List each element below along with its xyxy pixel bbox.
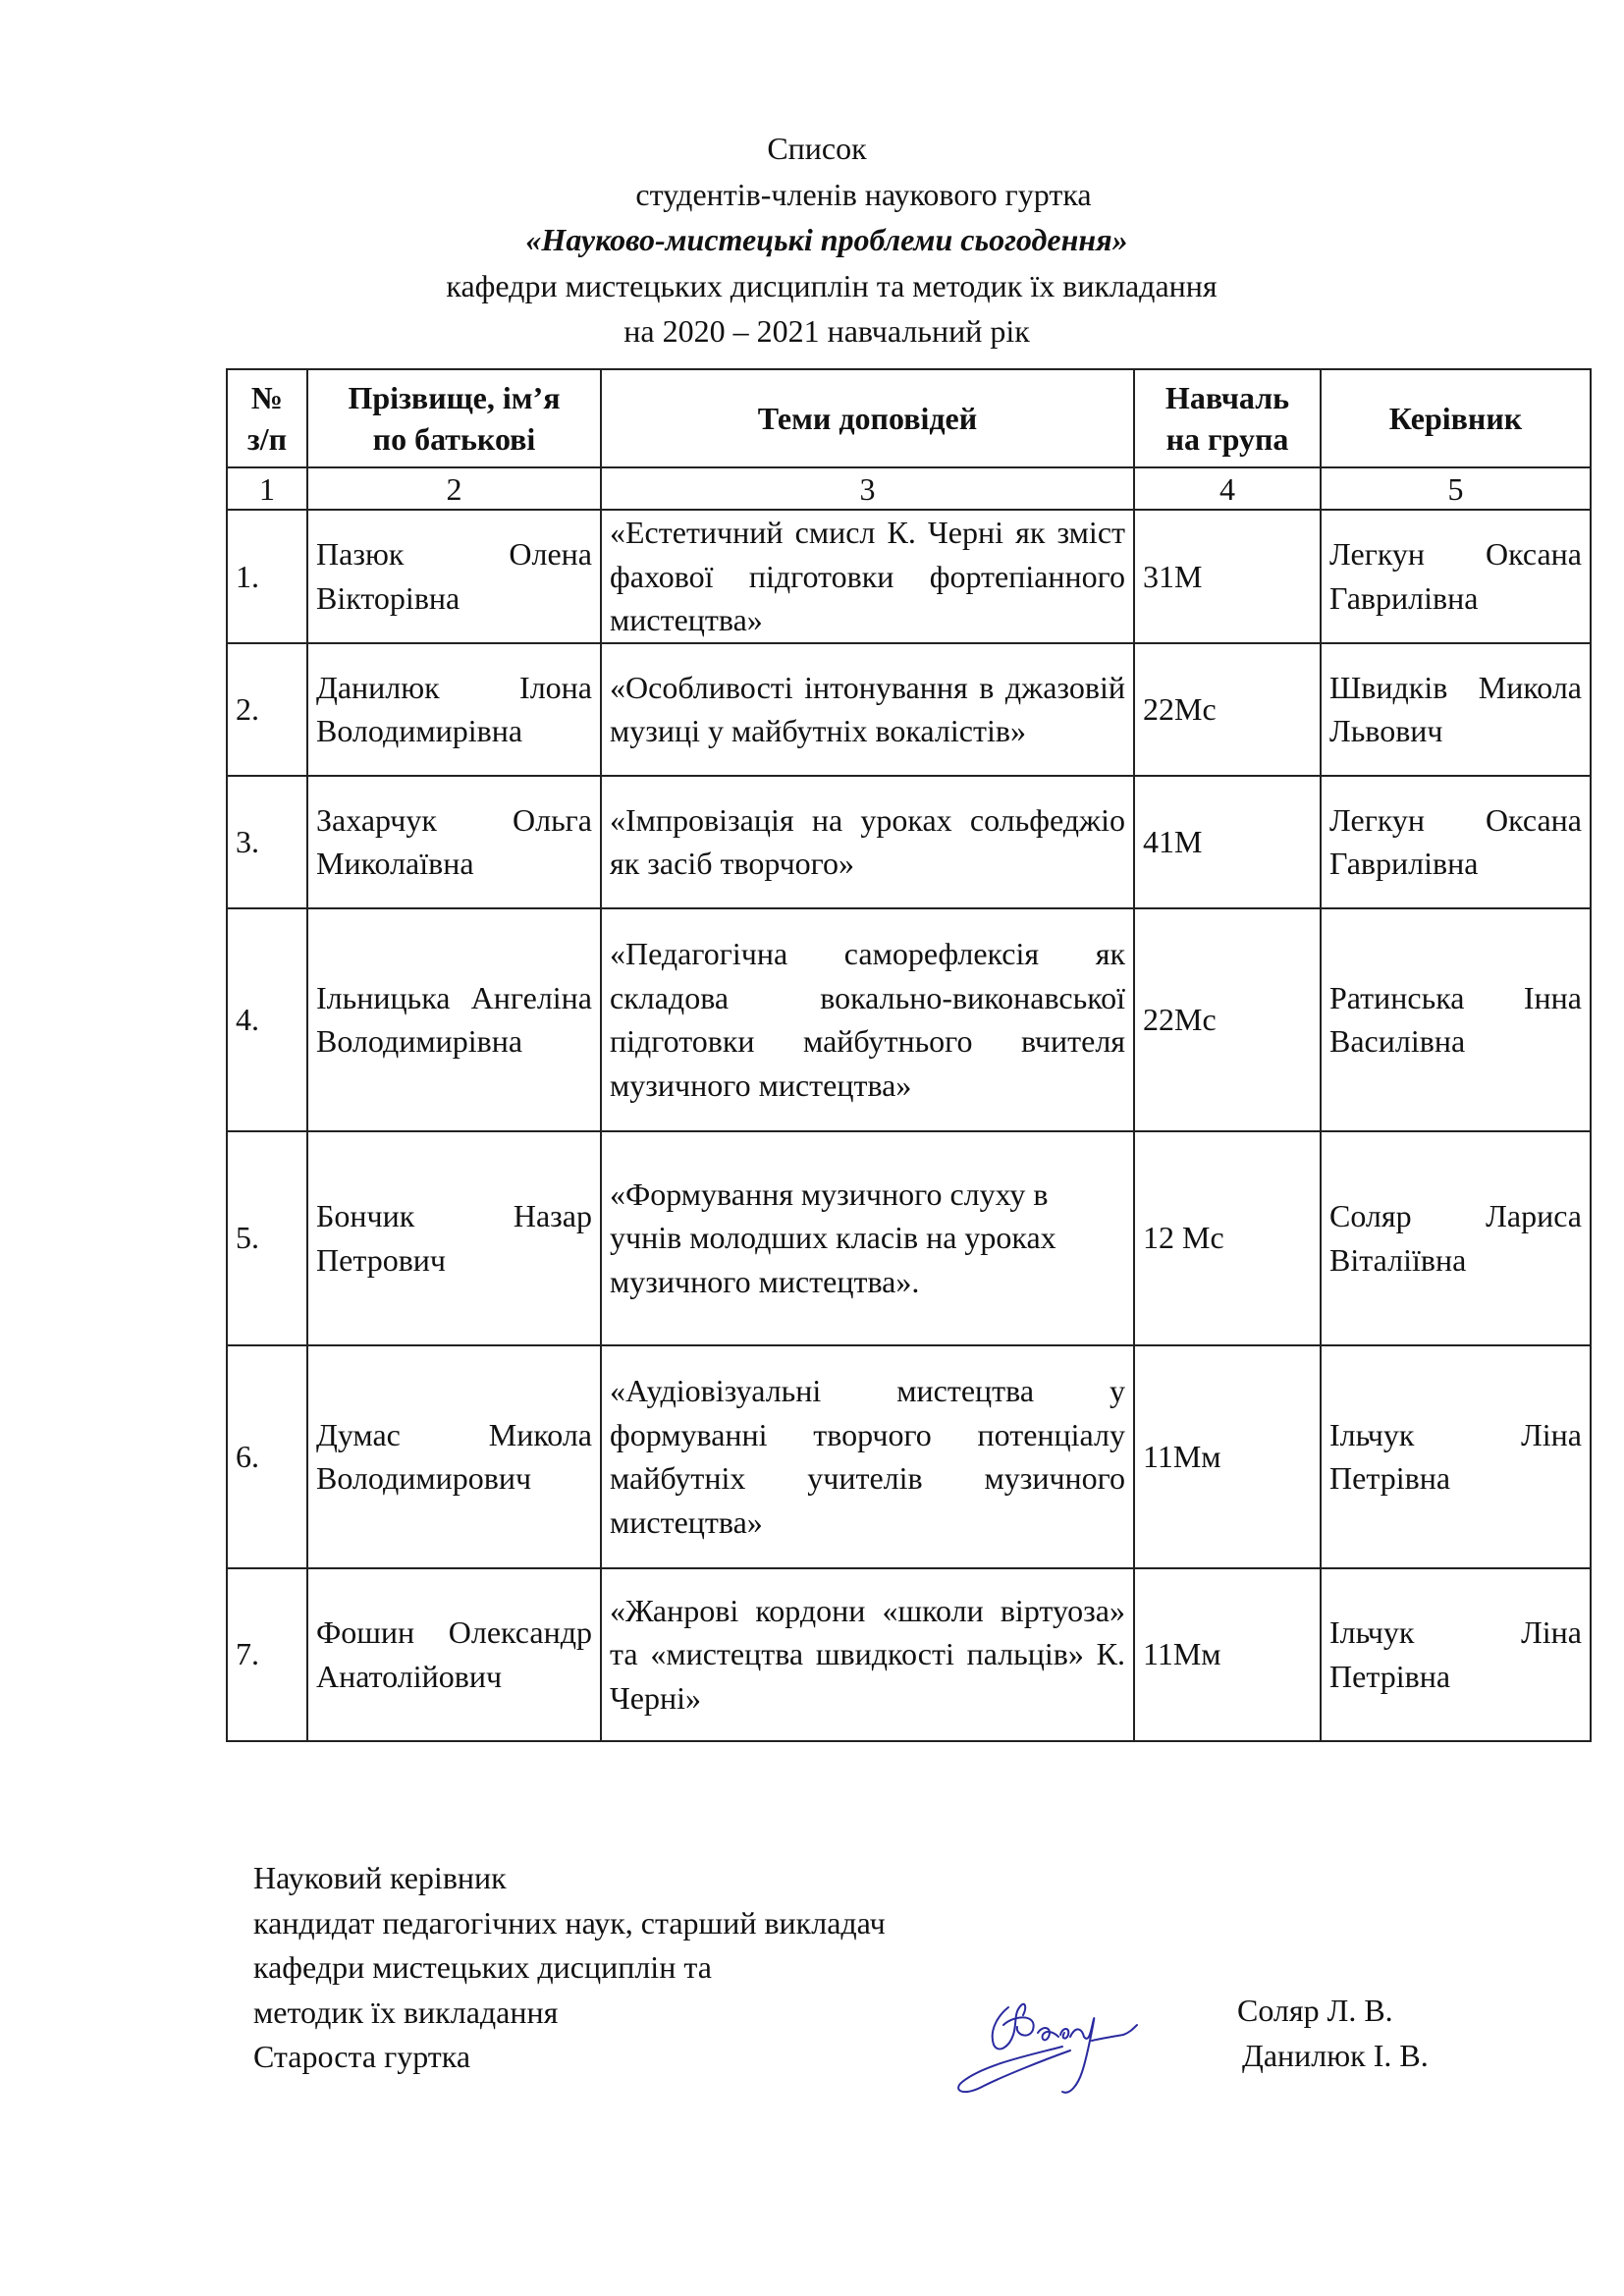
header-group: Навчальна група	[1134, 369, 1321, 467]
table-row: 1.Пазюк Олена Вікторівна«Естетичний смис…	[227, 510, 1591, 643]
table-row: 7.Фошин Олександр Анатолійович«Жанрові к…	[227, 1568, 1591, 1741]
column-number: 1	[227, 467, 307, 510]
study-group: 31М	[1134, 510, 1321, 643]
student-name: Захарчук Ольга Миколаївна	[307, 776, 601, 908]
table-row: 2.Данилюк Ілона Володимирівна«Особливост…	[227, 643, 1591, 776]
student-name: Бончик Назар Петрович	[307, 1131, 601, 1345]
footer-role: Науковий керівник	[253, 1856, 886, 1901]
report-topic: «Естетичний смисл К. Черні як зміст фахо…	[601, 510, 1134, 643]
row-number: 1.	[227, 510, 307, 643]
supervisor-name: Швидків Микола Львович	[1321, 643, 1591, 776]
row-number: 7.	[227, 1568, 307, 1741]
student-name: Данилюк Ілона Володимирівна	[307, 643, 601, 776]
student-name: Ільницька Ангеліна Володимирівна	[307, 908, 601, 1131]
header-number: №з/п	[227, 369, 307, 467]
column-number: 4	[1134, 467, 1321, 510]
column-number-row: 1 2 3 4 5	[227, 467, 1591, 510]
student-name: Пазюк Олена Вікторівна	[307, 510, 601, 643]
supervisor-name: Ільчук Ліна Петрівна	[1321, 1345, 1591, 1568]
study-group: 11Мм	[1134, 1345, 1321, 1568]
table-row: 4.Ільницька Ангеліна Володимирівна«Педаг…	[227, 908, 1591, 1131]
footer-head-role: Староста гуртка	[253, 2035, 886, 2080]
supervisor-name: Легкун Оксана Гаврилівна	[1321, 776, 1591, 908]
report-topic: «Жанрові кордони «школи віртуоза» та «ми…	[601, 1568, 1134, 1741]
table-row: 3.Захарчук Ольга Миколаївна«Імпровізація…	[227, 776, 1591, 908]
circle-name: «Науково-мистецькі проблеми сьогодення»	[0, 217, 1624, 263]
report-topic: «Формування музичного слуху в учнів моло…	[601, 1131, 1134, 1345]
title-subtitle: студентів-членів наукового гуртка	[0, 172, 1624, 218]
table-row: 6.Думас Микола Володимирович«Аудіовізуал…	[227, 1345, 1591, 1568]
table-row: 5.Бончик Назар Петрович«Формування музич…	[227, 1131, 1591, 1345]
academic-year: на 2020 – 2021 навчальний рік	[0, 308, 1624, 355]
head-name: Данилюк І. В.	[1242, 2034, 1429, 2078]
report-topic: «Особливості інтонування в джазовій музи…	[601, 643, 1134, 776]
report-topic: «Педагогічна саморефлексія як складова в…	[601, 908, 1134, 1131]
study-group: 22Мс	[1134, 643, 1321, 776]
signature-block: Науковий керівник кандидат педагогічних …	[253, 1856, 886, 2080]
document-title: Список студентів-членів наукового гуртка…	[0, 126, 1624, 355]
row-number: 5.	[227, 1131, 307, 1345]
student-name: Думас Микола Володимирович	[307, 1345, 601, 1568]
study-group: 41М	[1134, 776, 1321, 908]
signature-icon	[945, 1986, 1161, 2104]
study-group: 22Мс	[1134, 908, 1321, 1131]
title-list: Список	[0, 126, 1624, 172]
header-topic: Теми доповідей	[601, 369, 1134, 467]
row-number: 3.	[227, 776, 307, 908]
table-header-row: №з/п Прізвище, ім’япо батькові Теми допо…	[227, 369, 1591, 467]
column-number: 3	[601, 467, 1134, 510]
supervisor-name: Соляр Лариса Віталіївна	[1321, 1131, 1591, 1345]
department-name: кафедри мистецьких дисциплін та методик …	[0, 263, 1624, 309]
members-table: №з/п Прізвище, ім’япо батькові Теми допо…	[226, 368, 1592, 1742]
column-number: 2	[307, 467, 601, 510]
footer-degree: кандидат педагогічних наук, старший викл…	[253, 1901, 886, 1946]
report-topic: «Імпровізація на уроках сольфеджіо як за…	[601, 776, 1134, 908]
supervisor-name: Ратинська Інна Василівна	[1321, 908, 1591, 1131]
study-group: 11Мм	[1134, 1568, 1321, 1741]
report-topic: «Аудіовізуальні мистецтва у формуванні т…	[601, 1345, 1134, 1568]
header-supervisor: Керівник	[1321, 369, 1591, 467]
footer-department: кафедри мистецьких дисциплін та	[253, 1945, 886, 1991]
header-name: Прізвище, ім’япо батькові	[307, 369, 601, 467]
study-group: 12 Мс	[1134, 1131, 1321, 1345]
student-name: Фошин Олександр Анатолійович	[307, 1568, 601, 1741]
row-number: 6.	[227, 1345, 307, 1568]
column-number: 5	[1321, 467, 1591, 510]
row-number: 2.	[227, 643, 307, 776]
footer-department-cont: методик їх викладання	[253, 1991, 886, 2036]
supervisor-name: Ільчук Ліна Петрівна	[1321, 1568, 1591, 1741]
supervisor-name: Соляр Л. В.	[1237, 1989, 1393, 2033]
row-number: 4.	[227, 908, 307, 1131]
supervisor-name: Легкун Оксана Гаврилівна	[1321, 510, 1591, 643]
